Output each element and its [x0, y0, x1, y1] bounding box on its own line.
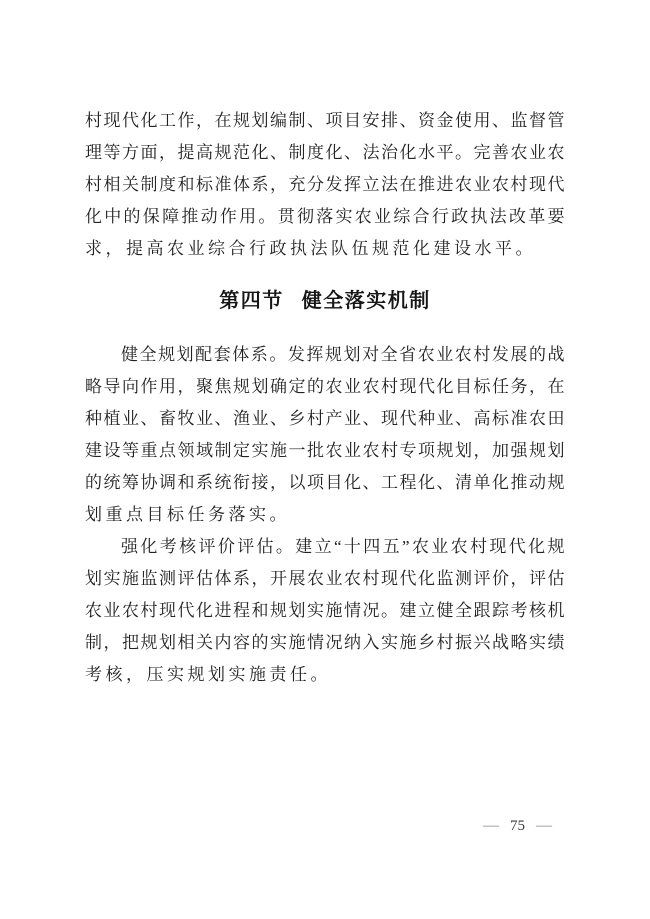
text-line: 化中的保障推动作用。贯彻落实农业综合行政执法改革要: [85, 201, 565, 233]
text-line: 划重点目标任务落实。: [85, 499, 565, 531]
section-heading: 第四节健全落实机制: [85, 285, 565, 317]
text-line: 建设等重点领域制定实施一批农业农村专项规划，加强规划: [85, 435, 565, 467]
paragraph-assessment: 强化考核评价评估。建立“十四五”农业农村现代化规 划实施监测评估体系，开展农业农…: [85, 531, 565, 691]
page-number: 75: [510, 816, 525, 836]
paragraph-planning-system: 健全规划配套体系。发挥规划对全省农业农村发展的战 略导向作用，聚焦规划确定的农业…: [85, 339, 565, 531]
text-line: 划实施监测评估体系，开展农业农村现代化监测评价，评估: [85, 563, 565, 595]
text-line: 农业农村现代化进程和规划实施情况。建立健全跟踪考核机: [85, 595, 565, 627]
page-footer: — 75 —: [483, 816, 552, 836]
section-title-text: 健全落实机制: [302, 290, 431, 312]
section-number: 第四节: [219, 290, 284, 312]
text-line: 种植业、畜牧业、渔业、乡村产业、现代种业、高标准农田: [85, 403, 565, 435]
page-content: 村现代化工作，在规划编制、项目安排、资金使用、监督管 理等方面，提高规范化、制度…: [85, 105, 565, 691]
document-page: 村现代化工作，在规划编制、项目安排、资金使用、监督管 理等方面，提高规范化、制度…: [0, 0, 650, 919]
text-line: 制，把规划相关内容的实施情况纳入实施乡村振兴战略实绩: [85, 627, 565, 659]
paragraph-continuation: 村现代化工作，在规划编制、项目安排、资金使用、监督管 理等方面，提高规范化、制度…: [85, 105, 565, 265]
footer-left-dash: —: [483, 816, 499, 836]
text-line: 村现代化工作，在规划编制、项目安排、资金使用、监督管: [85, 105, 565, 137]
text-line: 健全规划配套体系。发挥规划对全省农业农村发展的战: [85, 339, 565, 371]
text-line: 的统筹协调和系统衔接，以项目化、工程化、清单化推动规: [85, 467, 565, 499]
text-line: 理等方面，提高规范化、制度化、法治化水平。完善农业农: [85, 137, 565, 169]
text-line: 村相关制度和标准体系，充分发挥立法在推进农业农村现代: [85, 169, 565, 201]
text-line: 考核，压实规划实施责任。: [85, 659, 565, 691]
footer-right-dash: —: [536, 816, 552, 836]
text-line: 略导向作用，聚焦规划确定的农业农村现代化目标任务，在: [85, 371, 565, 403]
text-line: 求，提高农业综合行政执法队伍规范化建设水平。: [85, 233, 565, 265]
text-line: 强化考核评价评估。建立“十四五”农业农村现代化规: [85, 531, 565, 563]
